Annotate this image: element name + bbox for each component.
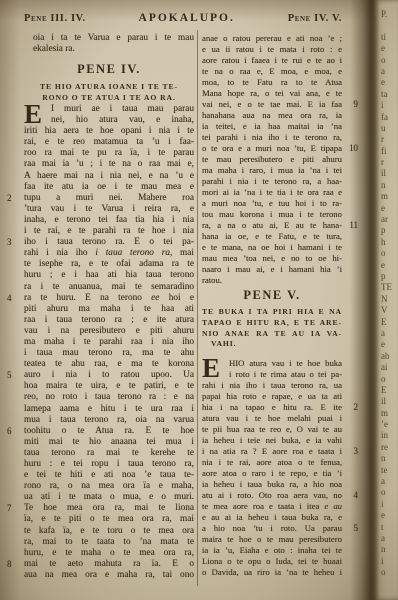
text-line: te pii hua raa te reo e, O vai te au [202,424,342,435]
text-segment: aore ratou i faaea i te rui e te ao i [202,55,342,65]
partial-text-fragment: V [374,305,398,316]
text-segment: i te rai, e te parahi ra te hoe i nia [24,226,194,236]
text-line: ra i te anuanua, mai te semaradino [24,282,194,293]
text-line: hia i na tapao e hitu ra. E ite2 [202,402,342,413]
text-segment: TE BUKA I TA PIRI HIA E NA [202,307,342,316]
text-segment: TE HIO ATURA IOANE I TE TE- [40,82,178,91]
header-book-title: APOKALUPO. [139,12,235,24]
text-line: e ua ii ratou i te mata i roto : e [202,44,342,55]
text-segment: ekalesia ra. [33,44,75,54]
text-line: hanahana aua na mea ora ra, ia [202,110,342,121]
text-line: vai nei, e o te tae mai. E ia faa9 [202,99,342,110]
text-line: ïa, e te piti o te mea ora ra, mai [24,514,194,525]
text-line: e te mana, na oe hoi i hamani i te [202,242,342,253]
text-line: anae o ratou pererau e ati noa ’e ; [202,33,342,44]
text-segment: te kafa ïa, e te toru o te mea ora [24,526,194,536]
text-segment: rahi i nia iho i taua terono ra, ua [202,380,342,390]
text-segment: e au ai ia heheu i taua buka ra, e [202,512,342,522]
chapter-v-lines: HIO atura vau i te hoe bukai roto i te r… [202,358,342,578]
text-segment: taua terono ra mai te kerehe te [24,448,194,458]
text-line: teatea te ahu raa, e ma te korona [24,359,194,370]
text-segment: hana ia oe, e te Fatu, e te tura, [202,231,342,241]
text-line: rono ra, o na mea ora ïa e maha, [24,481,194,492]
text-segment: ra, mai to te taata to ’na mata te [24,537,194,547]
text-line: atu ai i roto. Oto roa aera vau, no4 [202,490,342,501]
verse-number: 5 [7,370,12,381]
text-line: NIO ANAE RA TE AU IA VA- [202,329,342,340]
text-line: VAHI. [202,339,342,350]
partial-text-fragment [374,20,398,31]
text-segment: miti mai te hio anaana tei mua i [24,437,194,447]
partial-text-fragment: N [374,294,398,305]
text-segment: aore atoa o raro i te repo, e tia ’i [202,468,342,478]
partial-text-fragment: e [374,260,398,271]
text-line: iho i taua terono ra. E o tei pa-3 [24,237,194,248]
text-line: ratou. [202,275,342,286]
text-line: ra, a na o atu ai, E au te hana-11 [202,220,342,231]
text-line: aua na mea ora e maha ra, tai ono [24,570,194,581]
chapter-iv-continued-lines: anae o ratou pererau e ati noa ’e ;e ua … [202,33,342,286]
text-line: I muri ae i taua mau parau [24,104,194,115]
text-segment: rono ra, o na mea ora ïa e maha, [24,481,194,491]
text-segment: te isephe ra, e te ofai adama ra te [24,259,194,269]
text-segment: o te ora e a muri noa ’tu, E tipapa [202,143,342,153]
text-segment: tou mau korona i mua i te terono [202,209,342,219]
verse-number: 2 [7,193,12,204]
text-segment: ua ati i te mata o mua, e o muri. [24,492,194,502]
text-line: parahi i nia i te terono ra, a haa- [202,176,342,187]
verse-number: 3 [7,237,12,248]
text-line: ’tura vau i te Varua i reira ra, e [24,204,194,215]
text-line: auro i nia i to ratou upoo. Ua5 [24,370,194,381]
text-segment: Mana hope ra, o tei vai ana, e te [202,88,342,98]
text-segment: nia i te rai, aore atoa o te fenua, [202,457,342,467]
column-rule [197,30,198,586]
chapter-heading-pene-iv: PENE IV. [24,62,194,77]
text-line: nei, hio atura vau, e inaha, [24,115,194,126]
verse-number: 8 [7,559,12,570]
chapter-v-body: E HIO atura vau i te hoe bukai roto i te… [202,358,342,578]
text-segment: faa ite atu ia oe i te mau mea e [24,182,194,192]
text-line: A haere mai na i nia nei, e na ’u e [24,171,194,182]
text-segment: i na atia ra ? E aore roa e taata i [202,446,342,456]
text-line: e au ai ia heheu i taua buka ra, e [202,512,342,523]
partial-text-fragment: fi [374,146,398,157]
text-line: ua ati i te mata o mua, e o muri. [24,492,194,503]
text-segment: NIO ANAE RA TE AU IA VA- [202,329,342,338]
chapter-summary-pene-v: TE BUKA I TA PIRI HIA E NATAPAO E HITU R… [202,307,342,350]
text-segment: atu ai i roto. Oto roa aera vau, no [202,490,342,500]
text-line: Mana hope ra, o tei vai ana, e te [202,88,342,99]
text-line: hana ia oe, e te Fatu, e te tura, [202,231,342,242]
text-segment: rahi i nia iho [24,248,95,258]
text-line: papai hia roto e rapae, e ua ta ati [202,391,342,402]
verse-number: 7 [7,503,12,514]
text-line: o Davida, ua riro ia ’na te heheu i [202,567,342,578]
text-line: a muri noa ’tu, e tuu hoi i to ra- [202,198,342,209]
text-line: o te ora e a muri noa ’tu, E tipapa10 [202,143,342,154]
partial-text-fragment: a [374,533,398,544]
partial-text-fragment: e [374,77,398,88]
text-line: i taua mau terono ra, ma te ahu [24,348,194,359]
text-segment: Liona o te opu o Iuda, tei te huaai [202,556,342,566]
text-line: hoa maira te uira, e te patiri, e te [24,381,194,392]
text-line: TE BUKA I TA PIRI HIA E NA [202,307,342,318]
text-line: vau i na peresibutero e piti ahuru [24,326,194,337]
text-segment: tupu a muri nei. Mahere roa [24,193,194,203]
text-segment: maira te hoe o te mau peresibutero [202,534,342,544]
partial-text-fragment: e [374,43,398,54]
chapter-summary-pene-iv: TE HIO ATURA IOANE I TE TE-RONO O TE ATU… [24,82,194,104]
header-left-chapter-range: Pene III. IV. [24,13,86,24]
text-line: TAPAO E HITU RA, E TE ARE- [202,318,342,329]
text-line: naaro i mau ai, e i hamani hia ’i [202,264,342,275]
partial-text-fragment: ar [374,214,398,225]
text-segment: ma maha i raro, i mua ia ’na i tei [202,165,342,175]
running-header: Pene III. IV. APOKALUPO. Pene IV. V. [24,12,342,24]
text-segment: ra, a na o atu ai, E au te hana- [202,220,342,230]
text-line: huru : e tei ropu i taua terono ra, [24,459,194,470]
text-line: oia i ta te Varua e parau i te mau [24,33,194,44]
text-line: piti ahuru ma maha i te haa ati [24,304,194,315]
partial-text-fragment: a [374,328,398,339]
text-line: tou mau korona i mua i te terono [202,209,342,220]
partial-text-fragment: in [374,430,398,441]
partial-text-fragment: a [374,476,398,487]
text-segment: i taua mau terono ra, ma te ahu [24,348,194,358]
text-segment: rai, e te reo matamua ta ’u i faa- [24,137,194,147]
text-line: TE HIO ATURA IOANE I TE TE- [24,82,194,93]
text-line: i te rai, e te parahi ra te hoe i nia [24,226,194,237]
chapter-iv-lines: I muri ae i taua mau paraunei, hio atura… [24,104,194,581]
text-segment: VAHI. [211,339,237,348]
text-segment: e tei te hiti e ati noa ’e taua te- [24,470,194,480]
text-segment: raa i taua terono ra ; e ite atura [24,315,194,325]
text-segment: piti ahuru ma maha i te haa ati [24,304,194,314]
text-segment: ia heheu i teie nei buka, e ia vahi [202,435,342,445]
text-segment: vau i na peresibutero e piti ahuru [24,326,194,336]
text-segment: toohitu o te Atua ra. E te hoe [24,426,194,436]
text-line: e tei te hiti e ati noa ’e taua te- [24,470,194,481]
text-line: Te hoe mea ora ra, mai te liona7 [24,503,194,514]
partial-text-fragment: o [374,248,398,259]
text-line: ia ia ’u, Eiaha e oto : inaha tei te [202,545,342,556]
text-segment: naaro i mau ai, e i hamani hia ’i [202,264,342,274]
text-line: raa i taua terono ra ; e ite atura [24,315,194,326]
text-line: te kafa ïa, e te toru o te mea ora [24,526,194,537]
partial-text-fragment: e [374,339,398,350]
text-line: te na o raa e, E moa, e moa, e [202,66,342,77]
text-segment: lamepa aama e hitu i te ura raa i [24,404,194,414]
partial-text-fragment: ti [374,32,398,43]
text-line: i na atia ra ? E aore roa e taata i3 [202,446,342,457]
text-segment: ia teitei, e ia haa maitai ia ’na [202,121,342,131]
text-line: ekalesia ra. [24,44,194,55]
text-segment: hanahana aua na mea ora ra, ia [202,110,342,120]
text-segment: raa mai ia ’u ; i te na o raa mai e, [24,159,194,169]
text-line: te mea aore roa e taata i itea e au [202,501,342,512]
partial-text-fragment: TE [374,282,398,293]
text-line: raa mai ia ’u ; i te na o raa mai e, [24,159,194,170]
text-segment: inaha, e terono tei faa tia hia i nia [24,215,194,225]
partial-text-fragment: t [374,522,398,533]
text-line: tupu a muri nei. Mahere roa2 [24,193,194,204]
verse-number: 4 [7,293,12,304]
continuation-paragraph: oia i ta te Varua e parau i te mauekales… [24,33,194,55]
partial-text-fragment: u [374,123,398,134]
text-line: reo, no roto i taua terono ra : e na [24,392,194,403]
partial-text-fragment: ab [374,351,398,362]
text-segment: auro i nia i to ratou upoo. Ua [24,370,194,380]
text-segment: hoa maira te uira, e te patiri, e te [24,381,194,391]
partial-text-fragment: m [374,408,398,419]
text-segment: i roto i te rima atau o tei pa- [229,369,342,379]
text-line: ia teitei, e ia haa maitai ia ’na [202,121,342,132]
chapter-iv-body: E I muri ae i taua mau paraunei, hio atu… [24,104,194,581]
text-segment: mua i taua terono ra, oia na varua [24,415,194,425]
text-line: taua terono ra mai te kerehe te [24,448,194,459]
text-line: ma maha i raro, i mua ia ’na i tei [202,165,342,176]
partial-text-fragment: i [374,100,398,111]
text-segment: mori ai ia ’na i te tia i te ora raa e [202,187,342,197]
text-segment: hoi e [159,293,194,303]
text-line: toohitu o te Atua ra. E te hoe6 [24,426,194,437]
verse-number: 6 [7,426,12,437]
text-segment: ia heheu i taua buka ra, a hio noa [202,479,342,489]
book-page-scan: Pene III. IV. APOKALUPO. Pene IV. V. oia… [0,0,398,600]
text-segment: reo, no roto i taua terono ra : e na [24,392,194,402]
text-line: RONO O TE ATUA I TE AO RA. [24,93,194,104]
text-segment: ra i te anuanua, mai te semaradino [24,282,194,292]
partial-text-fragment: ta [374,89,398,100]
partial-text-fragment: e [374,510,398,521]
text-line: HIO atura vau i te hoe buka [202,358,342,369]
text-line: rahi i nia iho i taua terono ra, mai [24,248,194,259]
partial-text-fragment: p [374,271,398,282]
text-segment: a hio noa ’tu i roto. Ua parau [202,523,342,533]
text-line: a hio noa ’tu i roto. Ua parau5 [202,523,342,534]
text-segment: roo ra mai te pu ra ïa, i te parau [24,148,194,158]
text-line: roo ra mai te pu ra ïa, i te parau [24,148,194,159]
text-line: huru, e te maha o te mea ora ra, [24,548,194,559]
text-segment: te na o raa e, E moa, e moa, e [202,66,342,76]
text-segment: oia i ta te Varua e parau i te mau [33,33,194,43]
text-line: te mau peresibutero e piti ahuru [202,154,342,165]
text-segment: anae o ratou pererau e ati noa ’e ; [202,33,342,43]
partial-text-fragment: e [374,203,398,214]
text-line: mai te aeto mahuta ra ïa. E o8 [24,559,194,570]
text-segment: ma maha i te parahi raa i nia iho [24,337,194,347]
text-segment: I muri ae i taua mau parau [51,104,194,114]
text-line: iriti hia aera te hoe opani i nia i te [24,126,194,137]
italic-text: i taua terono ra [95,248,170,258]
partial-text-fragment: h [374,237,398,248]
text-segment: moa, to te Fatu ra to te Atua [202,77,342,87]
text-segment: mau mea ’toa nei, e no to oe hi- [202,253,342,263]
text-line: mau mea ’toa nei, e no to oe hi- [202,253,342,264]
partial-text-fragment: r [374,157,398,168]
partial-text-fragment: fa [374,112,398,123]
text-segment: nei, hio atura vau, e inaha, [51,115,194,125]
text-segment: te mea aore roa e taata i itea [202,501,324,511]
text-segment: iho i taua terono ra. E o tei pa- [24,237,194,247]
text-segment: te mau peresibutero e piti ahuru [202,154,342,164]
partial-text-fragment: o [374,567,398,578]
text-segment: hia i na tapao e hitu ra. E ite [202,402,342,412]
header-right-chapter-range: Pene IV. V. [288,13,342,24]
text-segment: e te mana, na oe hoi i hamani i te [202,242,342,252]
text-segment: ïa, e te piti o te mea ora ra, mai [24,514,194,524]
text-segment: ra te huru. E na terono [24,293,151,303]
partial-text-fragment: n [374,544,398,555]
text-segment: A haere mai na i nia nei, e na ’u e [24,171,194,181]
partial-text-fragment: o [374,55,398,66]
text-line: huru ; e i haa ati hia taua terono [24,270,194,281]
text-segment: ia ia ’u, Eiaha e oto : inaha tei te [202,545,342,555]
partial-text-fragment: p [374,225,398,236]
text-line: nia i te rai, aore atoa o te fenua, [202,457,342,468]
text-line: maira te hoe o te mau peresibutero [202,534,342,545]
text-segment: vai nei, e o te tae mai. E ia faa [202,99,342,109]
partial-text-fragment: il [374,396,398,407]
text-segment: huru ; e i haa ati hia taua terono [24,270,194,280]
text-segment: o Davida, ua riro ia ’na te heheu i [202,567,342,577]
text-line: ra te huru. E na terono ee hoi e4 [24,293,194,304]
text-line: inaha, e terono tei faa tia hia i nia [24,215,194,226]
text-line: mori ai ia ’na i te tia i te ora raa e [202,187,342,198]
partial-text-fragment: o [374,487,398,498]
partial-text-fragment: i [374,556,398,567]
partial-text-fragment: i [374,499,398,510]
text-segment: iriti hia aera te hoe opani i nia i te [24,126,194,136]
text-segment: mai te aeto mahuta ra ïa. E o [24,559,194,569]
text-line: miti mai te hio anaana tei mua i [24,437,194,448]
partial-text-fragment: m [374,191,398,202]
text-segment: huru, e te maha o te mea ora ra, [24,548,194,558]
partial-text-fragment: P. [374,9,398,20]
partial-text-fragment: n [374,180,398,191]
chapter-heading-pene-v: PENE V. [202,288,342,303]
text-segment: papai hia roto e rapae, e ua ta ati [202,391,342,401]
partial-text-fragment: ai [374,362,398,373]
text-line: faa ite atu ia oe i te mau mea e [24,182,194,193]
text-line: te isephe ra, e te ofai adama ra te [24,259,194,270]
text-segment: e ua ii ratou i te mata i roto : e [202,44,342,54]
text-segment: atura vau i te hoe melahi puai i [202,413,342,423]
text-line: moa, to te Fatu ra to te Atua [202,77,342,88]
text-segment: HIO atura vau i te hoe buka [229,358,342,368]
text-segment: , mai [170,248,194,258]
text-segment: aua na mea ora e maha ra, tai ono [24,570,194,580]
text-segment: teatea te ahu raa, e ma te korona [24,359,194,369]
text-segment: TAPAO E HITU RA, E TE ARE- [202,318,342,327]
text-line: aore atoa o raro i te repo, e tia ’i [202,468,342,479]
text-segment: tei parahi i nia iho i te terono ra, [202,132,342,142]
text-segment: huru : e tei ropu i taua terono ra, [24,459,194,469]
text-line: ia heheu i teie nei buka, e ia vahi [202,435,342,446]
text-line: lamepa aama e hitu i te ura raa i [24,404,194,415]
text-line: rahi i nia iho i taua terono ra, ua [202,380,342,391]
text-segment: ratou. [202,275,222,285]
partial-text-fragment: o [374,374,398,385]
text-line: mua i taua terono ra, oia na varua [24,415,194,426]
italic-text: e au [324,501,342,511]
text-line: ra, mai to te taata to ’na mata te [24,537,194,548]
text-segment: Te hoe mea ora ra, mai te liona [24,503,194,513]
text-line: aore ratou i faaea i te rui e te ao i [202,55,342,66]
partial-text-fragment: il [374,168,398,179]
text-line: Liona o te opu o Iuda, tei te huaai [202,556,342,567]
partial-text-fragment: a [374,66,398,77]
text-segment: a muri noa ’tu, e tuu hoi i to ra- [202,198,342,208]
text-line: i roto i te rima atau o tei pa- [202,369,342,380]
partial-text-fragment: ’e [374,419,398,430]
partial-text-fragment: r [374,134,398,145]
partial-text-fragment: te [374,465,398,476]
text-line: rai, e te reo matamua ta ’u i faa- [24,137,194,148]
text-line: atura vau i te hoe melahi puai i [202,413,342,424]
text-line: ia heheu i taua buka ra, a hio noa [202,479,342,490]
text-line: tei parahi i nia iho i te terono ra, [202,132,342,143]
text-line: ma maha i te parahi raa i nia iho [24,337,194,348]
adjacent-page-sliver: P.tieoaetaifaurfirilnmearphoepTENVEaeaba… [374,0,398,600]
text-segment: te pii hua raa te reo e, O vai te au [202,424,342,434]
partial-text-fragment: re [374,442,398,453]
text-segment: ’tura vau i te Varua i reira ra, e [24,204,194,214]
partial-text-fragment: E [374,385,398,396]
text-segment: RONO O TE ATUA I TE AO RA. [42,93,176,102]
adjacent-page-text-fragments: P.tieoaetaifaurfirilnmearphoepTENVEaeaba… [374,0,398,579]
partial-text-fragment: E [374,317,398,328]
text-segment: parahi i nia i te terono ra, a haa- [202,176,342,186]
partial-text-fragment: n [374,453,398,464]
